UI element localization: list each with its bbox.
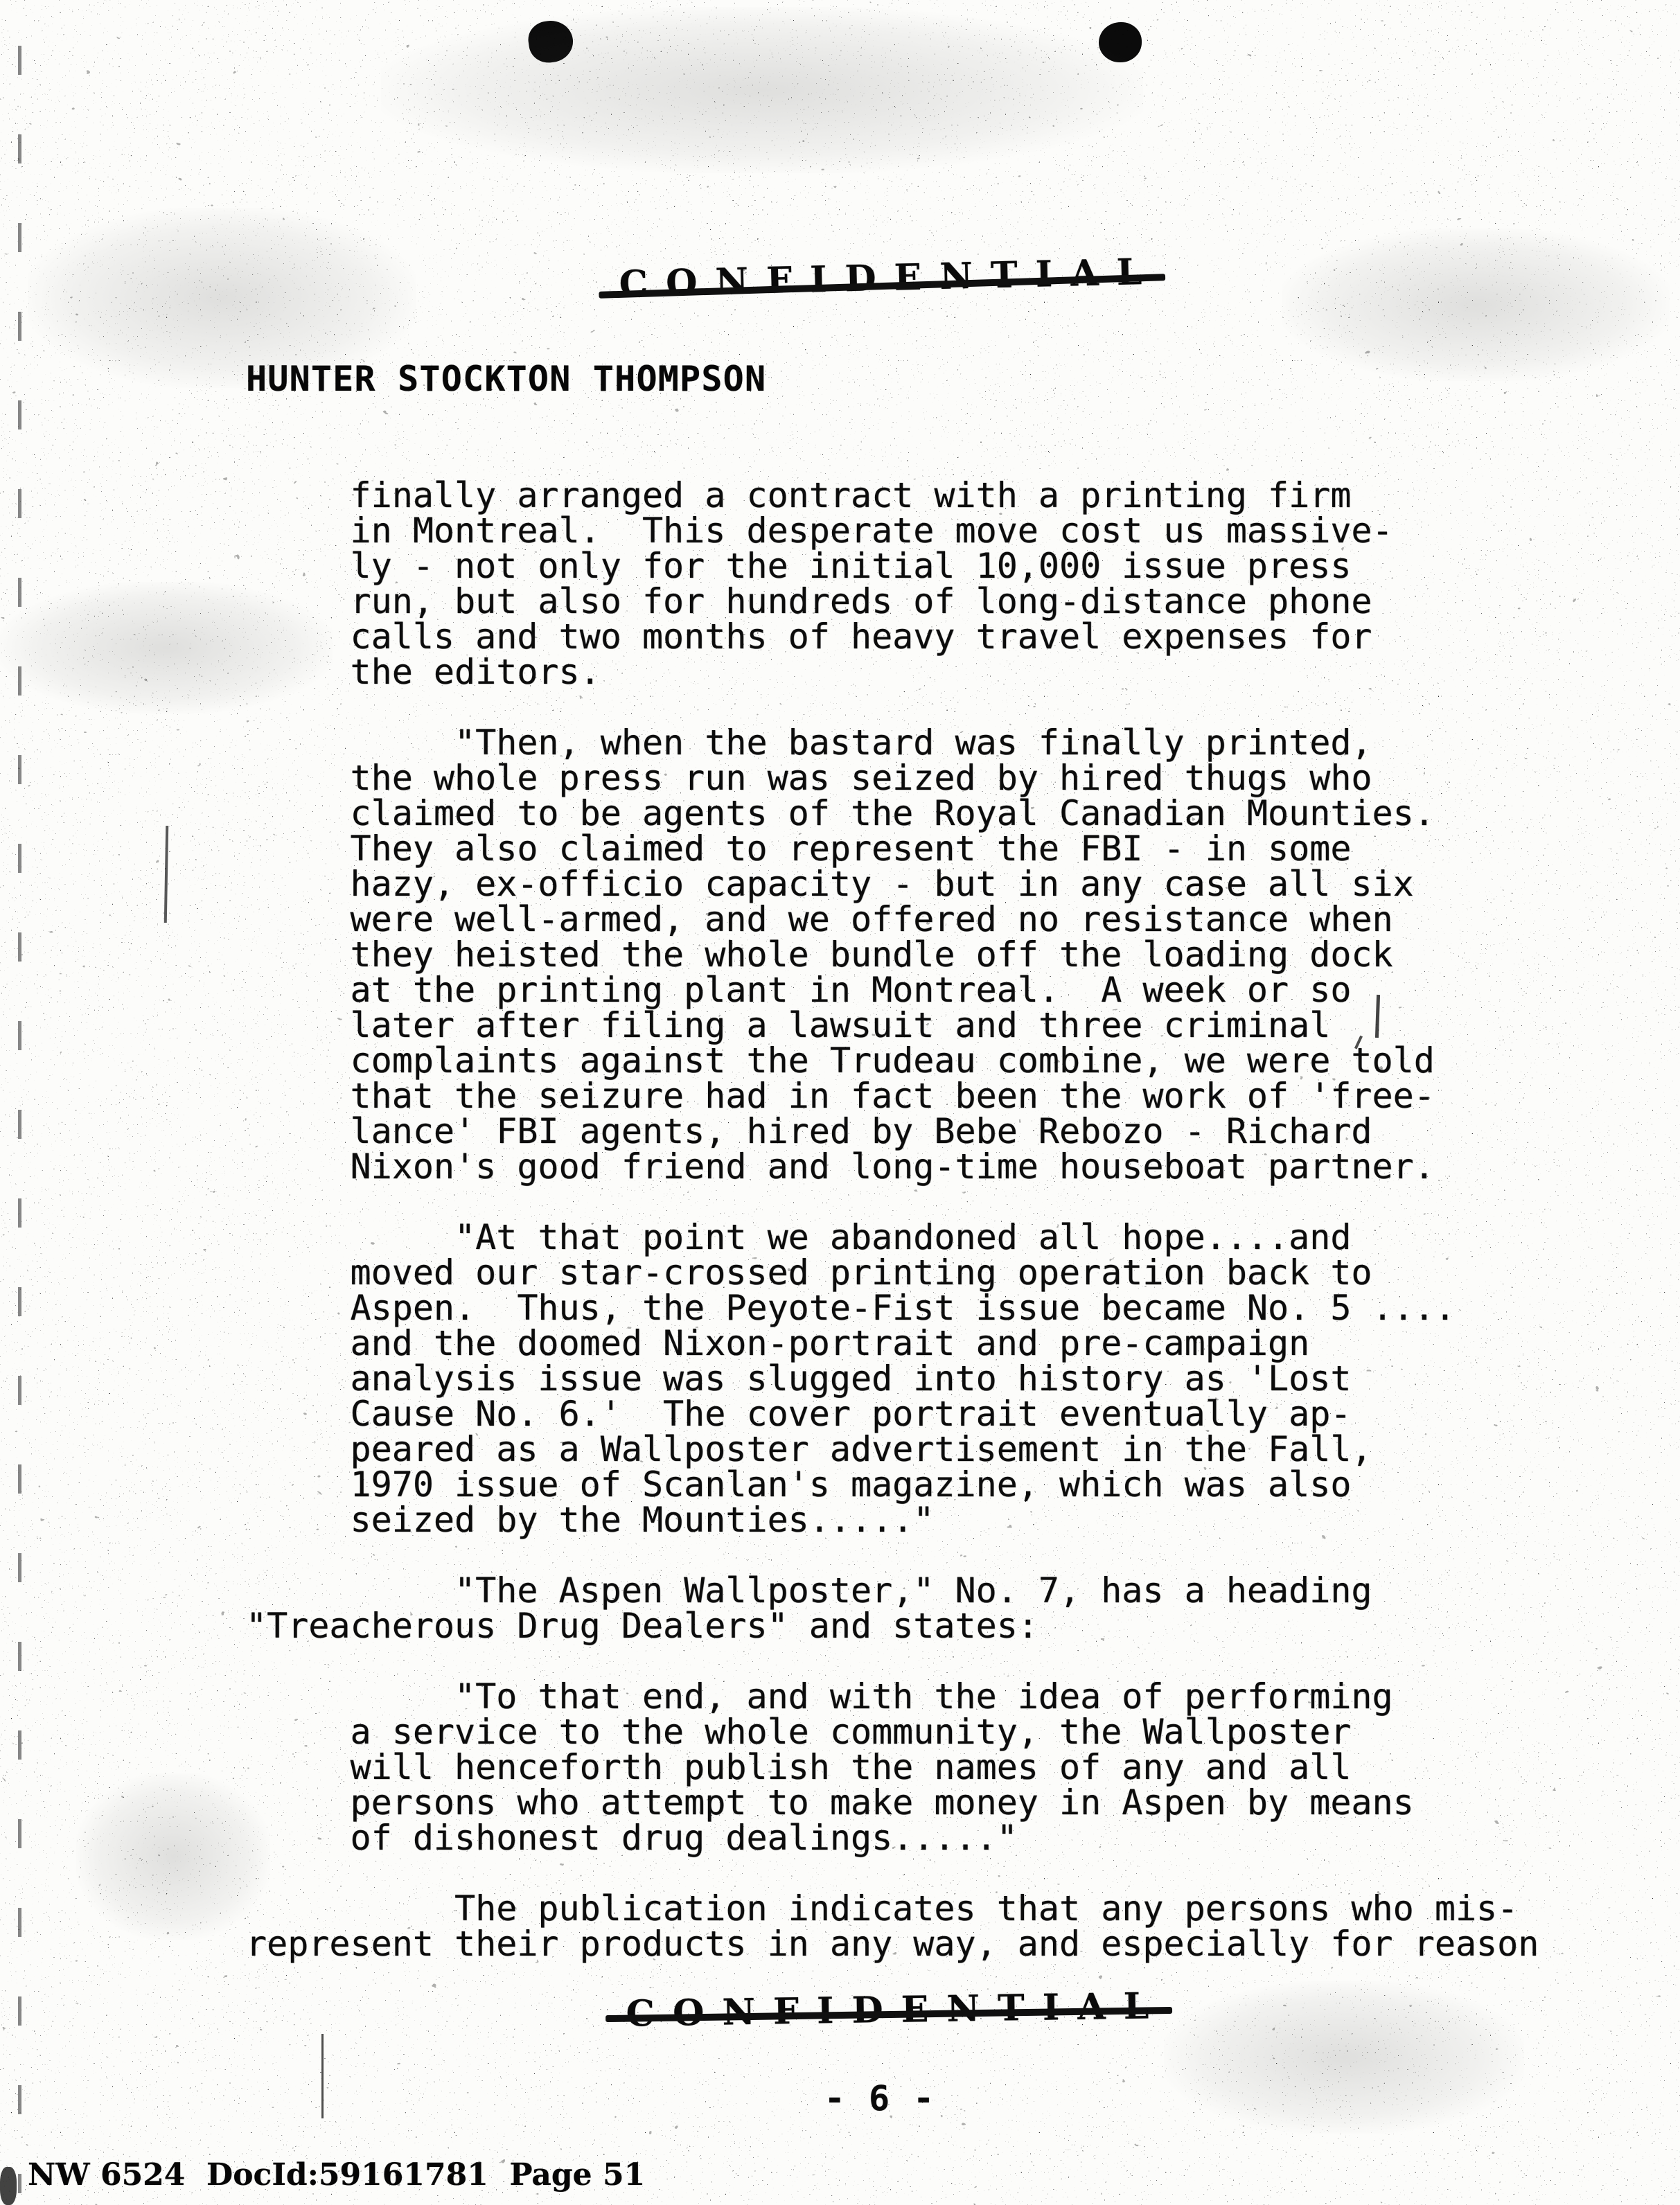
page-number: - 6 - [817,2078,942,2118]
scan-smudge-artifact [1282,229,1670,381]
confidential-stamp-top: C O N F I D E N T I A L [601,251,1162,305]
subject-name-heading: HUNTER STOCKTON THOMPSON [246,359,766,399]
hole-punch-right-icon [1099,22,1142,62]
left-edge-dashed-line-artifact [18,46,21,2193]
typewritten-body-text: finally arranged a contract with a print… [246,478,1539,1962]
corner-smudge-artifact [0,2167,17,2205]
archive-footer-stamp: NW 6524 DocId:59161781 Page 51 [28,2157,645,2193]
confidential-stamp-bottom: C O N F I D E N T I A L [608,1985,1170,2035]
hole-punch-left-icon [526,18,576,65]
confidential-stamp-top-text: C O N F I D E N T I A L [619,251,1145,305]
confidential-stamp-bottom-text: C O N F I D E N T I A L [626,1985,1152,2035]
stray-vertical-mark-artifact [321,2034,324,2118]
scan-smudge-artifact [381,7,1143,173]
scan-smudge-artifact [76,1773,270,1940]
stray-vertical-mark-artifact [164,826,168,923]
scanned-document-page: C O N F I D E N T I A L HUNTER STOCKTON … [0,0,1680,2205]
scan-smudge-artifact [1164,1981,1524,2134]
